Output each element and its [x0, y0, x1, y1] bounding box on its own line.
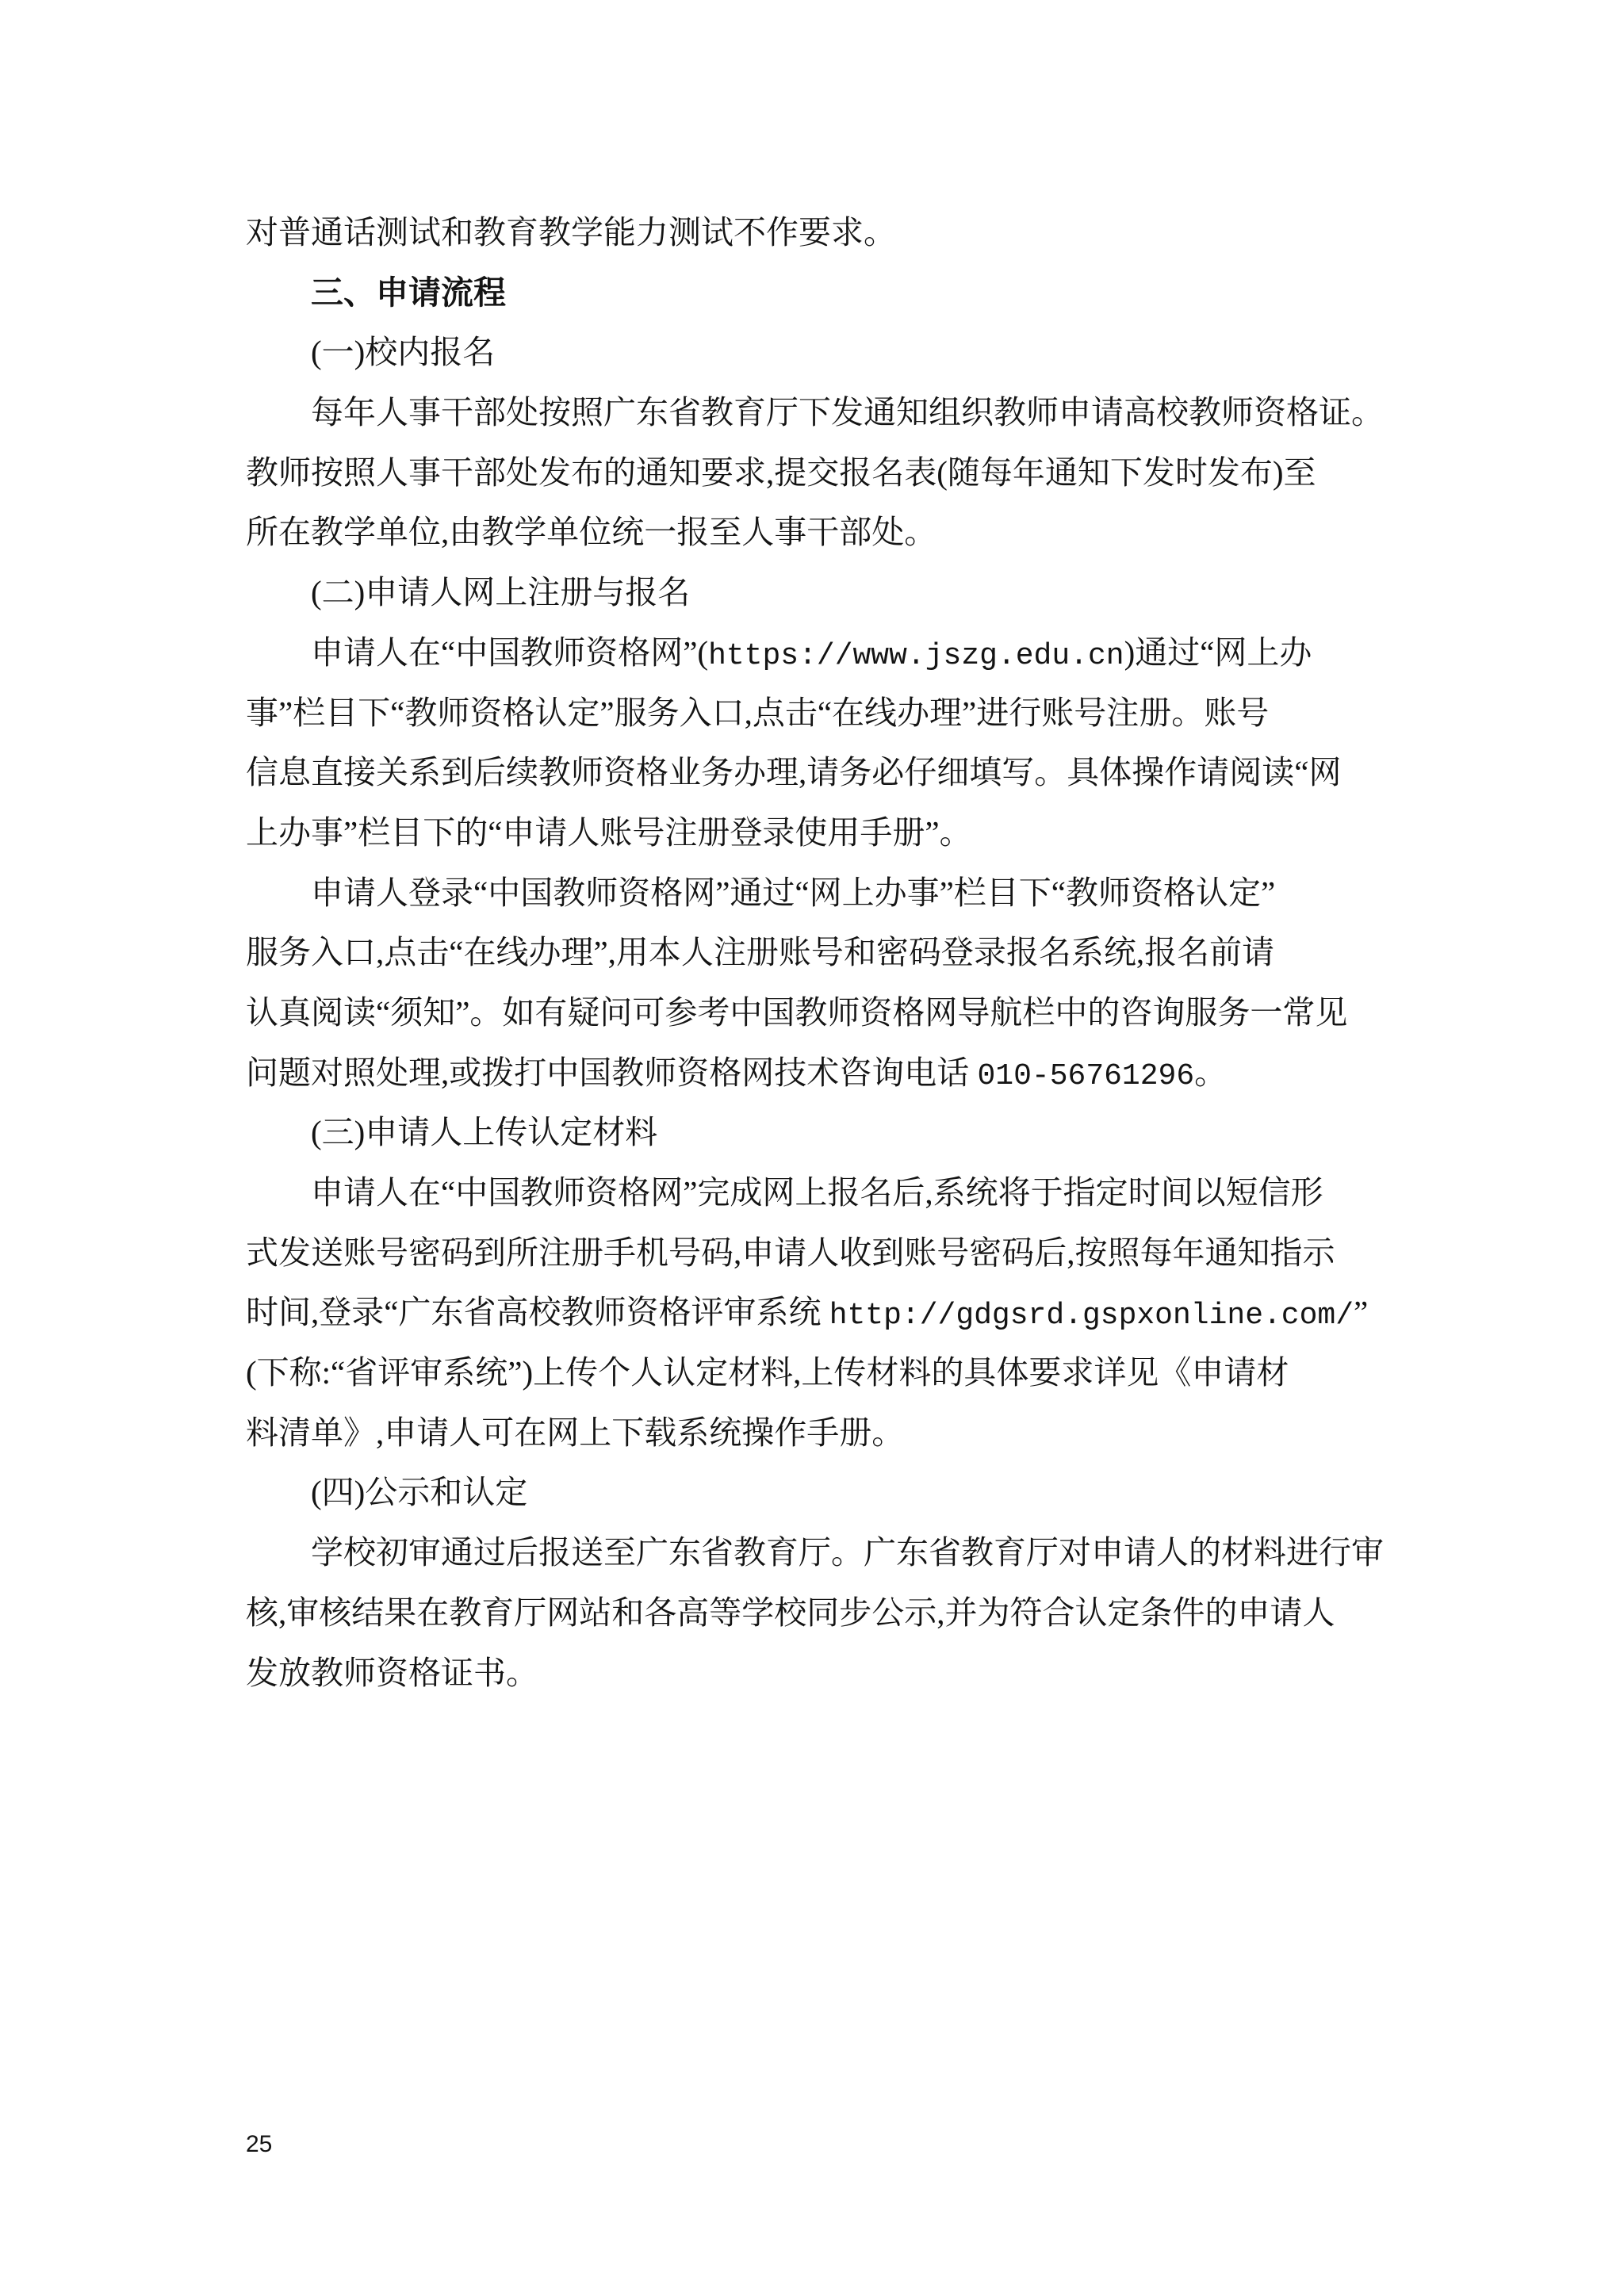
cjk-text: 教师按照人事干部处发布的通知要求,提交报名表(随每年通知下发时发布)至	[246, 454, 1316, 491]
url-gdgsrd: http://gdgsrd.gspxonline.com/	[829, 1299, 1354, 1333]
cjk-text: 学校初审通过后报送至广东省教育厅。广东省教育厅对申请人的材料进行审	[311, 1534, 1384, 1571]
cjk-text: 认真阅读“须知”。如有疑问可参考中国教师资格网导航栏中的咨询服务一常见	[246, 994, 1347, 1031]
cjk-text: 申请人登录“中国教师资格网”通过“网上办事”栏目下“教师资格认定”	[311, 874, 1275, 911]
text-line: 学校初审通过后报送至广东省教育厅。广东省教育厅对申请人的材料进行审	[246, 1523, 1385, 1583]
document-body: 对普通话测试和教育教学能力测试不作要求。三、申请流程(一)校内报名每年人事干部处…	[246, 203, 1385, 1703]
cjk-text: (下称:“省评审系统”)上传个人认定材料,上传材料的具体要求详见《申请材	[246, 1354, 1289, 1391]
cjk-text: 信息直接关系到后续教师资格业务办理,请务必仔细填写。具体操作请阅读“网	[246, 754, 1341, 790]
phone-number: 010-56761296	[978, 1059, 1195, 1093]
text-line: 认真阅读“须知”。如有疑问可参考中国教师资格网导航栏中的咨询服务一常见	[246, 983, 1385, 1043]
cjk-text: 服务入口,点击“在线办理”,用本人注册账号和密码登录报名系统,报名前请	[246, 934, 1274, 970]
text-line: 料清单》,申请人可在网上下载系统操作手册。	[246, 1403, 1385, 1464]
cjk-text: 申请人在“中国教师资格网”完成网上报名后,系统将于指定时间以短信形	[311, 1174, 1323, 1211]
text-line: (三)申请人上传认定材料	[246, 1103, 1385, 1163]
cjk-text: (二)申请人网上注册与报名	[311, 574, 690, 610]
cjk-text: 发放教师资格证书。	[246, 1655, 538, 1691]
cjk-text: (四)公示和认定	[311, 1474, 527, 1510]
cjk-text: ”	[1354, 1294, 1368, 1330]
page-number: 25	[246, 2133, 272, 2156]
text-line: 核,审核结果在教育厅网站和各高等学校同步公示,并为符合认定条件的申请人	[246, 1583, 1385, 1644]
text-line: 每年人事干部处按照广东省教育厅下发通知组织教师申请高校教师资格证。	[246, 383, 1385, 443]
cjk-text: 式发送账号密码到所注册手机号码,申请人收到账号密码后,按照每年通知指示	[246, 1234, 1335, 1271]
text-line: 时间,登录“广东省高校教师资格评审系统 http://gdgsrd.gspxon…	[246, 1283, 1385, 1343]
text-line: 申请人在“中国教师资格网”完成网上报名后,系统将于指定时间以短信形	[246, 1163, 1385, 1223]
cjk-text: 对普通话测试和教育教学能力测试不作要求。	[246, 214, 896, 251]
document-page: 对普通话测试和教育教学能力测试不作要求。三、申请流程(一)校内报名每年人事干部处…	[0, 0, 1624, 2296]
cjk-text: 事”栏目下“教师资格认定”服务入口,点击“在线办理”进行账号注册。账号	[246, 695, 1269, 731]
text-line: 对普通话测试和教育教学能力测试不作要求。	[246, 203, 1385, 263]
cjk-text: 所在教学单位,由教学单位统一报至人事干部处。	[246, 514, 936, 550]
text-line: 发放教师资格证书。	[246, 1644, 1385, 1704]
cjk-text: (一)校内报名	[311, 334, 495, 370]
cjk-text: 核,审核结果在教育厅网站和各高等学校同步公示,并为符合认定条件的申请人	[246, 1594, 1335, 1631]
text-line: 式发送账号密码到所注册手机号码,申请人收到账号密码后,按照每年通知指示	[246, 1223, 1385, 1284]
cjk-text: 三、申请流程	[311, 274, 506, 311]
text-line: (四)公示和认定	[246, 1463, 1385, 1523]
section-heading-line: 三、申请流程	[246, 263, 1385, 323]
cjk-text: (三)申请人上传认定材料	[311, 1114, 657, 1150]
cjk-text: )通过“网上办	[1124, 634, 1312, 671]
text-line: 上办事”栏目下的“申请人账号注册登录使用手册”。	[246, 803, 1385, 863]
text-line: (一)校内报名	[246, 323, 1385, 383]
url-jszg: https://www.jszg.edu.cn	[708, 639, 1124, 673]
text-line: 申请人在“中国教师资格网”(https://www.jszg.edu.cn)通过…	[246, 623, 1385, 683]
text-line: 问题对照处理,或拨打中国教师资格网技术咨询电话 010-56761296。	[246, 1043, 1385, 1104]
cjk-text: 每年人事干部处按照广东省教育厅下发通知组织教师申请高校教师资格证。	[311, 394, 1384, 430]
text-line: (下称:“省评审系统”)上传个人认定材料,上传材料的具体要求详见《申请材	[246, 1343, 1385, 1403]
cjk-text: 上办事”栏目下的“申请人账号注册登录使用手册”。	[246, 814, 972, 851]
text-line: 事”栏目下“教师资格认定”服务入口,点击“在线办理”进行账号注册。账号	[246, 683, 1385, 744]
text-line: 申请人登录“中国教师资格网”通过“网上办事”栏目下“教师资格认定”	[246, 863, 1385, 924]
cjk-text: 。	[1194, 1054, 1227, 1091]
text-line: 信息直接关系到后续教师资格业务办理,请务必仔细填写。具体操作请阅读“网	[246, 743, 1385, 803]
cjk-text: 时间,登录“广东省高校教师资格评审系统	[246, 1294, 829, 1330]
text-line: 服务入口,点击“在线办理”,用本人注册账号和密码登录报名系统,报名前请	[246, 923, 1385, 983]
cjk-text: 问题对照处理,或拨打中国教师资格网技术咨询电话	[246, 1054, 978, 1091]
text-line: 所在教学单位,由教学单位统一报至人事干部处。	[246, 503, 1385, 563]
text-line: 教师按照人事干部处发布的通知要求,提交报名表(随每年通知下发时发布)至	[246, 443, 1385, 503]
text-line: (二)申请人网上注册与报名	[246, 563, 1385, 623]
cjk-text: 料清单》,申请人可在网上下载系统操作手册。	[246, 1414, 904, 1451]
cjk-text: 申请人在“中国教师资格网”(	[311, 634, 708, 671]
